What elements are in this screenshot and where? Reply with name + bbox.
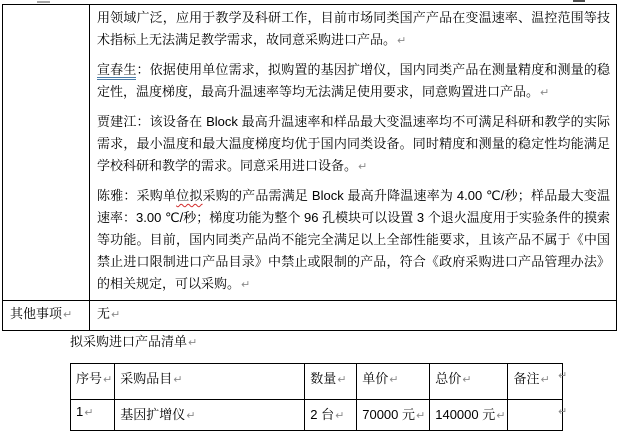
cell-text: 总价 [435,371,461,386]
other-items-value-cell[interactable]: 无↵ [90,301,616,330]
other-items-row: 其他事项↵ 无↵ [3,300,616,330]
paragraph-mark: ↵ [63,309,72,321]
data-cell[interactable]: 140000 元↵ [430,400,508,431]
cell-text: 70000 元 [362,407,415,422]
review-table: 用领域广泛，应用于教学及科研工作，目前市场同类国产产品在变温速率、温控范围等技术… [2,4,617,331]
data-cell[interactable]: 1↵ [71,400,115,431]
paragraph-mark: ↵ [496,410,505,422]
cell-text: 采购品目 [120,371,172,386]
text-run: 贾建江：该设备在 Block 最高升温速率和样品最大变温速率均不可满足科研和教学… [97,114,610,173]
cell-text: 1 [76,404,83,419]
paragraph-mark: ↵ [416,410,425,422]
opinion-paragraph: 陈雅：采购单位拟采购的产品需满足 Block 最高升降温速率为 4.00 ℃/秒… [97,185,610,296]
paragraph-mark: ↵ [462,374,471,386]
paragraph-mark: ↵ [173,374,182,386]
text-run: 陈雅：采购单 [97,188,176,203]
list-title-text: 拟采购进口产品清单 [70,334,187,349]
data-cell[interactable] [508,400,563,431]
paragraph-mark: ↵ [540,87,549,99]
text-run: 用领域广泛，应用于教学及科研工作，目前市场同类国产产品在变温速率、温控范围等技术… [97,10,610,47]
cropped-row-artifact-right [573,0,585,2]
product-table-header-row: 序号↵采购品目↵数量↵单价↵总价↵备注↵ [71,364,563,400]
opinion-paragraph: 用领域广泛，应用于教学及科研工作，目前市场同类国产产品在变温速率、温控范围等技术… [97,7,610,52]
name-underline-text: 宣春生 [97,62,136,80]
data-cell[interactable]: 2 台↵ [305,400,357,431]
paragraph-mark: ↵ [397,35,406,47]
product-table-data-row: 1↵基因扩增仪↵2 台↵70000 元↵140000 元↵ [71,400,563,431]
header-cell[interactable]: 单价↵ [357,364,430,400]
data-cell[interactable]: 70000 元↵ [357,400,430,431]
data-cell[interactable]: 基因扩增仪↵ [115,400,305,431]
spell-error-text: 位拟 [176,188,202,203]
cell-text: 2 台 [310,407,334,422]
opinion-paragraph: 宣春生：依据使用单位需求，拟购置的基因扩增仪，国内同类产品在测量精度和测量的稳定… [97,59,610,104]
cropped-row-artifact-left [37,1,50,3]
cell-text: 单价 [362,371,388,386]
paragraph-mark: ↵ [337,374,346,386]
header-cell[interactable]: 序号↵ [71,364,115,400]
text-run: ：依据使用单位需求，拟购置的基因扩增仪，国内同类产品在测量精度和测量的稳定性，温… [97,62,610,99]
cell-text: 基因扩增仪 [120,407,185,422]
text-run: 采购的产品需满足 Block 最高升降温速率为 4.00 ℃/秒；样品最大变温速… [97,188,610,291]
row-end-mark: ↵ [558,369,567,382]
product-table: 序号↵采购品目↵数量↵单价↵总价↵备注↵ 1↵基因扩增仪↵2 台↵70000 元… [70,363,563,431]
other-items-label-cell[interactable]: 其他事项↵ [3,301,90,330]
opinion-row-label-cell[interactable] [3,5,90,300]
paragraph-mark: ↵ [188,337,197,349]
header-cell[interactable]: 总价↵ [430,364,508,400]
cell-text: 备注 [513,371,539,386]
paragraph-mark: ↵ [84,407,93,419]
other-items-value: 无 [97,306,110,321]
paragraph-mark: ↵ [186,410,195,422]
list-title: 拟采购进口产品清单↵ [70,333,197,352]
cell-text: 140000 元 [435,407,495,422]
paragraph-mark: ↵ [111,309,120,321]
row-end-mark: ↵ [558,405,567,418]
opinion-paragraph: 贾建江：该设备在 Block 最高升温速率和样品最大变温速率均不可满足科研和教学… [97,111,610,178]
cell-text: 数量 [310,371,336,386]
other-items-label: 其他事项 [10,306,62,321]
paragraph-mark: ↵ [540,374,549,386]
paragraph-mark: ↵ [335,410,344,422]
paragraph-mark: ↵ [389,374,398,386]
opinion-row: 用领域广泛，应用于教学及科研工作，目前市场同类国产产品在变温速率、温控范围等技术… [3,5,616,300]
opinion-cell[interactable]: 用领域广泛，应用于教学及科研工作，目前市场同类国产产品在变温速率、温控范围等技术… [90,5,616,300]
paragraph-mark: ↵ [103,374,112,386]
header-cell[interactable]: 采购品目↵ [115,364,305,400]
cell-text: 序号 [76,371,102,386]
paragraph-mark: ↵ [241,279,250,291]
header-cell[interactable]: 备注↵ [508,364,563,400]
paragraph-mark: ↵ [358,161,367,173]
header-cell[interactable]: 数量↵ [305,364,357,400]
